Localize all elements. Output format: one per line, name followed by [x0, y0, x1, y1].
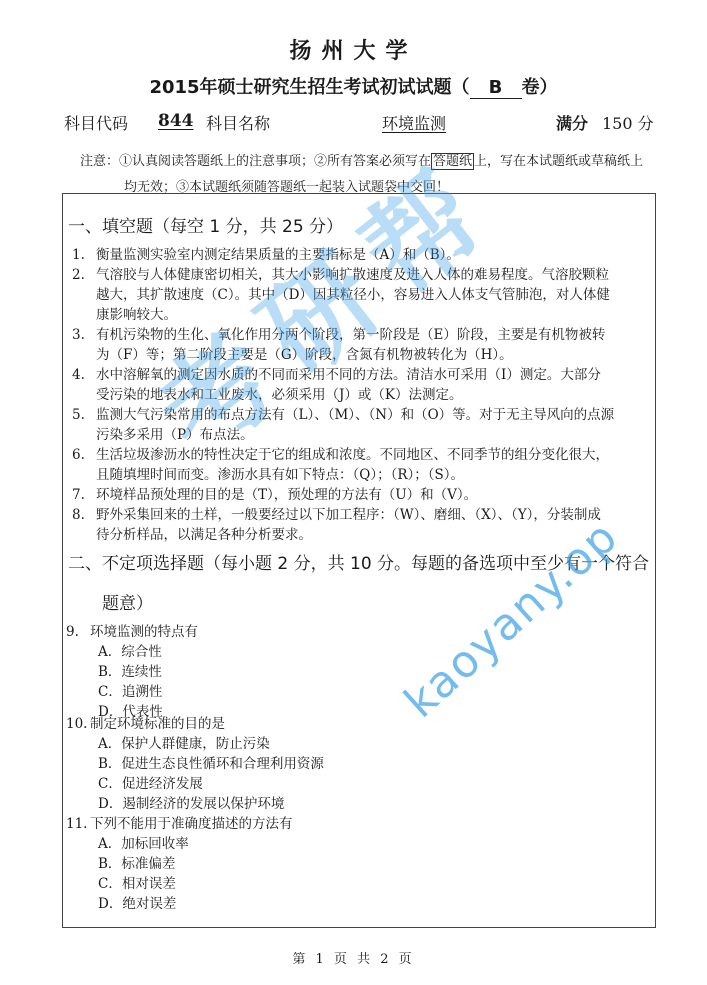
- question-9-option: A．综合性: [98, 640, 162, 660]
- notice-text: 上，写在本试题纸或草稿纸上: [474, 154, 643, 169]
- question-5: 5.监测大气污染常用的布点方法有（L）、（M）、（N）和（O）等。对于无主导风向…: [72, 403, 614, 423]
- question-9-option: B．连续性: [98, 660, 162, 680]
- question-6-line: 且随填埋时间而变。渗沥水具有如下特点：（Q）；（R）；（S）。: [96, 463, 464, 483]
- university-name: 扬州大学: [0, 34, 707, 65]
- question-5-line: 污染多采用（P）布点法。: [96, 423, 254, 443]
- notice-text: 注意：①认真阅读答题纸上的注意事项；②所有答案必须写在: [80, 154, 431, 169]
- exam-title-suffix: 卷）: [522, 77, 558, 98]
- subject-info-row: 科目代码 844 科目名称 环境监测 满分 150 分: [64, 111, 654, 137]
- page-number: 第 1 页 共 2 页: [0, 948, 707, 967]
- question-11-option: C．相对误差: [98, 872, 176, 892]
- full-score-value: 150 分: [602, 111, 654, 134]
- question-2: 2.气溶胶与人体健康密切相关，其大小影响扩散速度及进入人体的难易程度。气溶胶颗粒: [72, 263, 609, 283]
- question-10-option: B．促进生态良性循环和合理利用资源: [98, 752, 324, 772]
- question-1: 1.衡量监测实验室内测定结果质量的主要指标是（A）和（B）。: [72, 243, 460, 263]
- paper-version: B: [470, 77, 522, 99]
- question-8: 8.野外采集回来的土样，一般要经过以下加工程序：（W）、磨细、（X）、（Y），分…: [72, 503, 601, 523]
- question-10-option: D．遏制经济的发展以保护环境: [98, 792, 284, 812]
- question-10: 10.制定环境标准的目的是: [66, 712, 225, 732]
- question-11-option: A．加标回收率: [98, 832, 189, 852]
- question-2-line: 康影响较大。: [96, 303, 177, 323]
- exam-title-prefix: 2015年硕士研究生招生考试初试试题（: [149, 77, 469, 98]
- question-3: 3.有机污染物的生化、氧化作用分两个阶段，第一阶段是（E）阶段，主要是有机物被转: [72, 323, 605, 343]
- question-11-option: D．绝对误差: [98, 892, 176, 912]
- question-9: 9.环境监测的特点有: [66, 620, 198, 640]
- question-3-line: 为（F）等；第二阶段主要是（G）阶段，含氮有机物被转化为（H）。: [96, 343, 513, 363]
- question-6: 6.生活垃圾渗沥水的特性决定于它的组成和浓度。不同地区、不同季节的组分变化很大，: [72, 443, 609, 463]
- section1-heading: 一、填空题（每空 1 分，共 25 分）: [68, 212, 343, 237]
- question-8-line: 待分析样品，以满足各种分析要求。: [96, 523, 312, 543]
- subject-name: 环境监测: [382, 111, 446, 134]
- question-2-line: 越大，其扩散速度（C）。其中（D）因其粒径小，容易进入人体支气管肺泡，对人体健: [96, 283, 610, 303]
- full-score-label: 满分: [556, 111, 588, 134]
- answer-sheet-boxed: 答题纸: [431, 153, 474, 170]
- question-10-option: C．促进经济发展: [98, 772, 203, 792]
- question-4: 4.水中溶解氧的测定因水质的不同而采用不同的方法。清洁水可采用（I）测定。大部分: [72, 363, 601, 383]
- subject-name-label: 科目名称: [206, 111, 270, 134]
- question-7: 7.环境样品预处理的目的是（T），预处理的方法有（U）和（V）。: [72, 483, 477, 503]
- subject-code-label: 科目代码: [64, 111, 128, 134]
- question-10-option: A．保护人群健康，防止污染: [98, 732, 270, 752]
- question-4-line: 受污染的地表水和工业废水，必须采用（J）或（K）法测定。: [96, 383, 463, 403]
- question-11: 11.下列不能用于准确度描述的方法有: [66, 812, 293, 832]
- exam-title: 2015年硕士研究生招生考试初试试题（B卷）: [0, 73, 707, 99]
- question-9-option: C．追溯性: [98, 680, 162, 700]
- question-11-option: B．标准偏差: [98, 852, 175, 872]
- section2-heading: 二、不定项选择题（每小题 2 分，共 10 分。每题的备选项中至少有一个符合: [68, 549, 649, 574]
- section2-heading-cont: 题意）: [102, 589, 153, 614]
- subject-code: 844: [158, 111, 194, 131]
- notice-line-1: 注意：①认真阅读答题纸上的注意事项；②所有答案必须写在答题纸上，写在本试题纸或草…: [80, 150, 643, 169]
